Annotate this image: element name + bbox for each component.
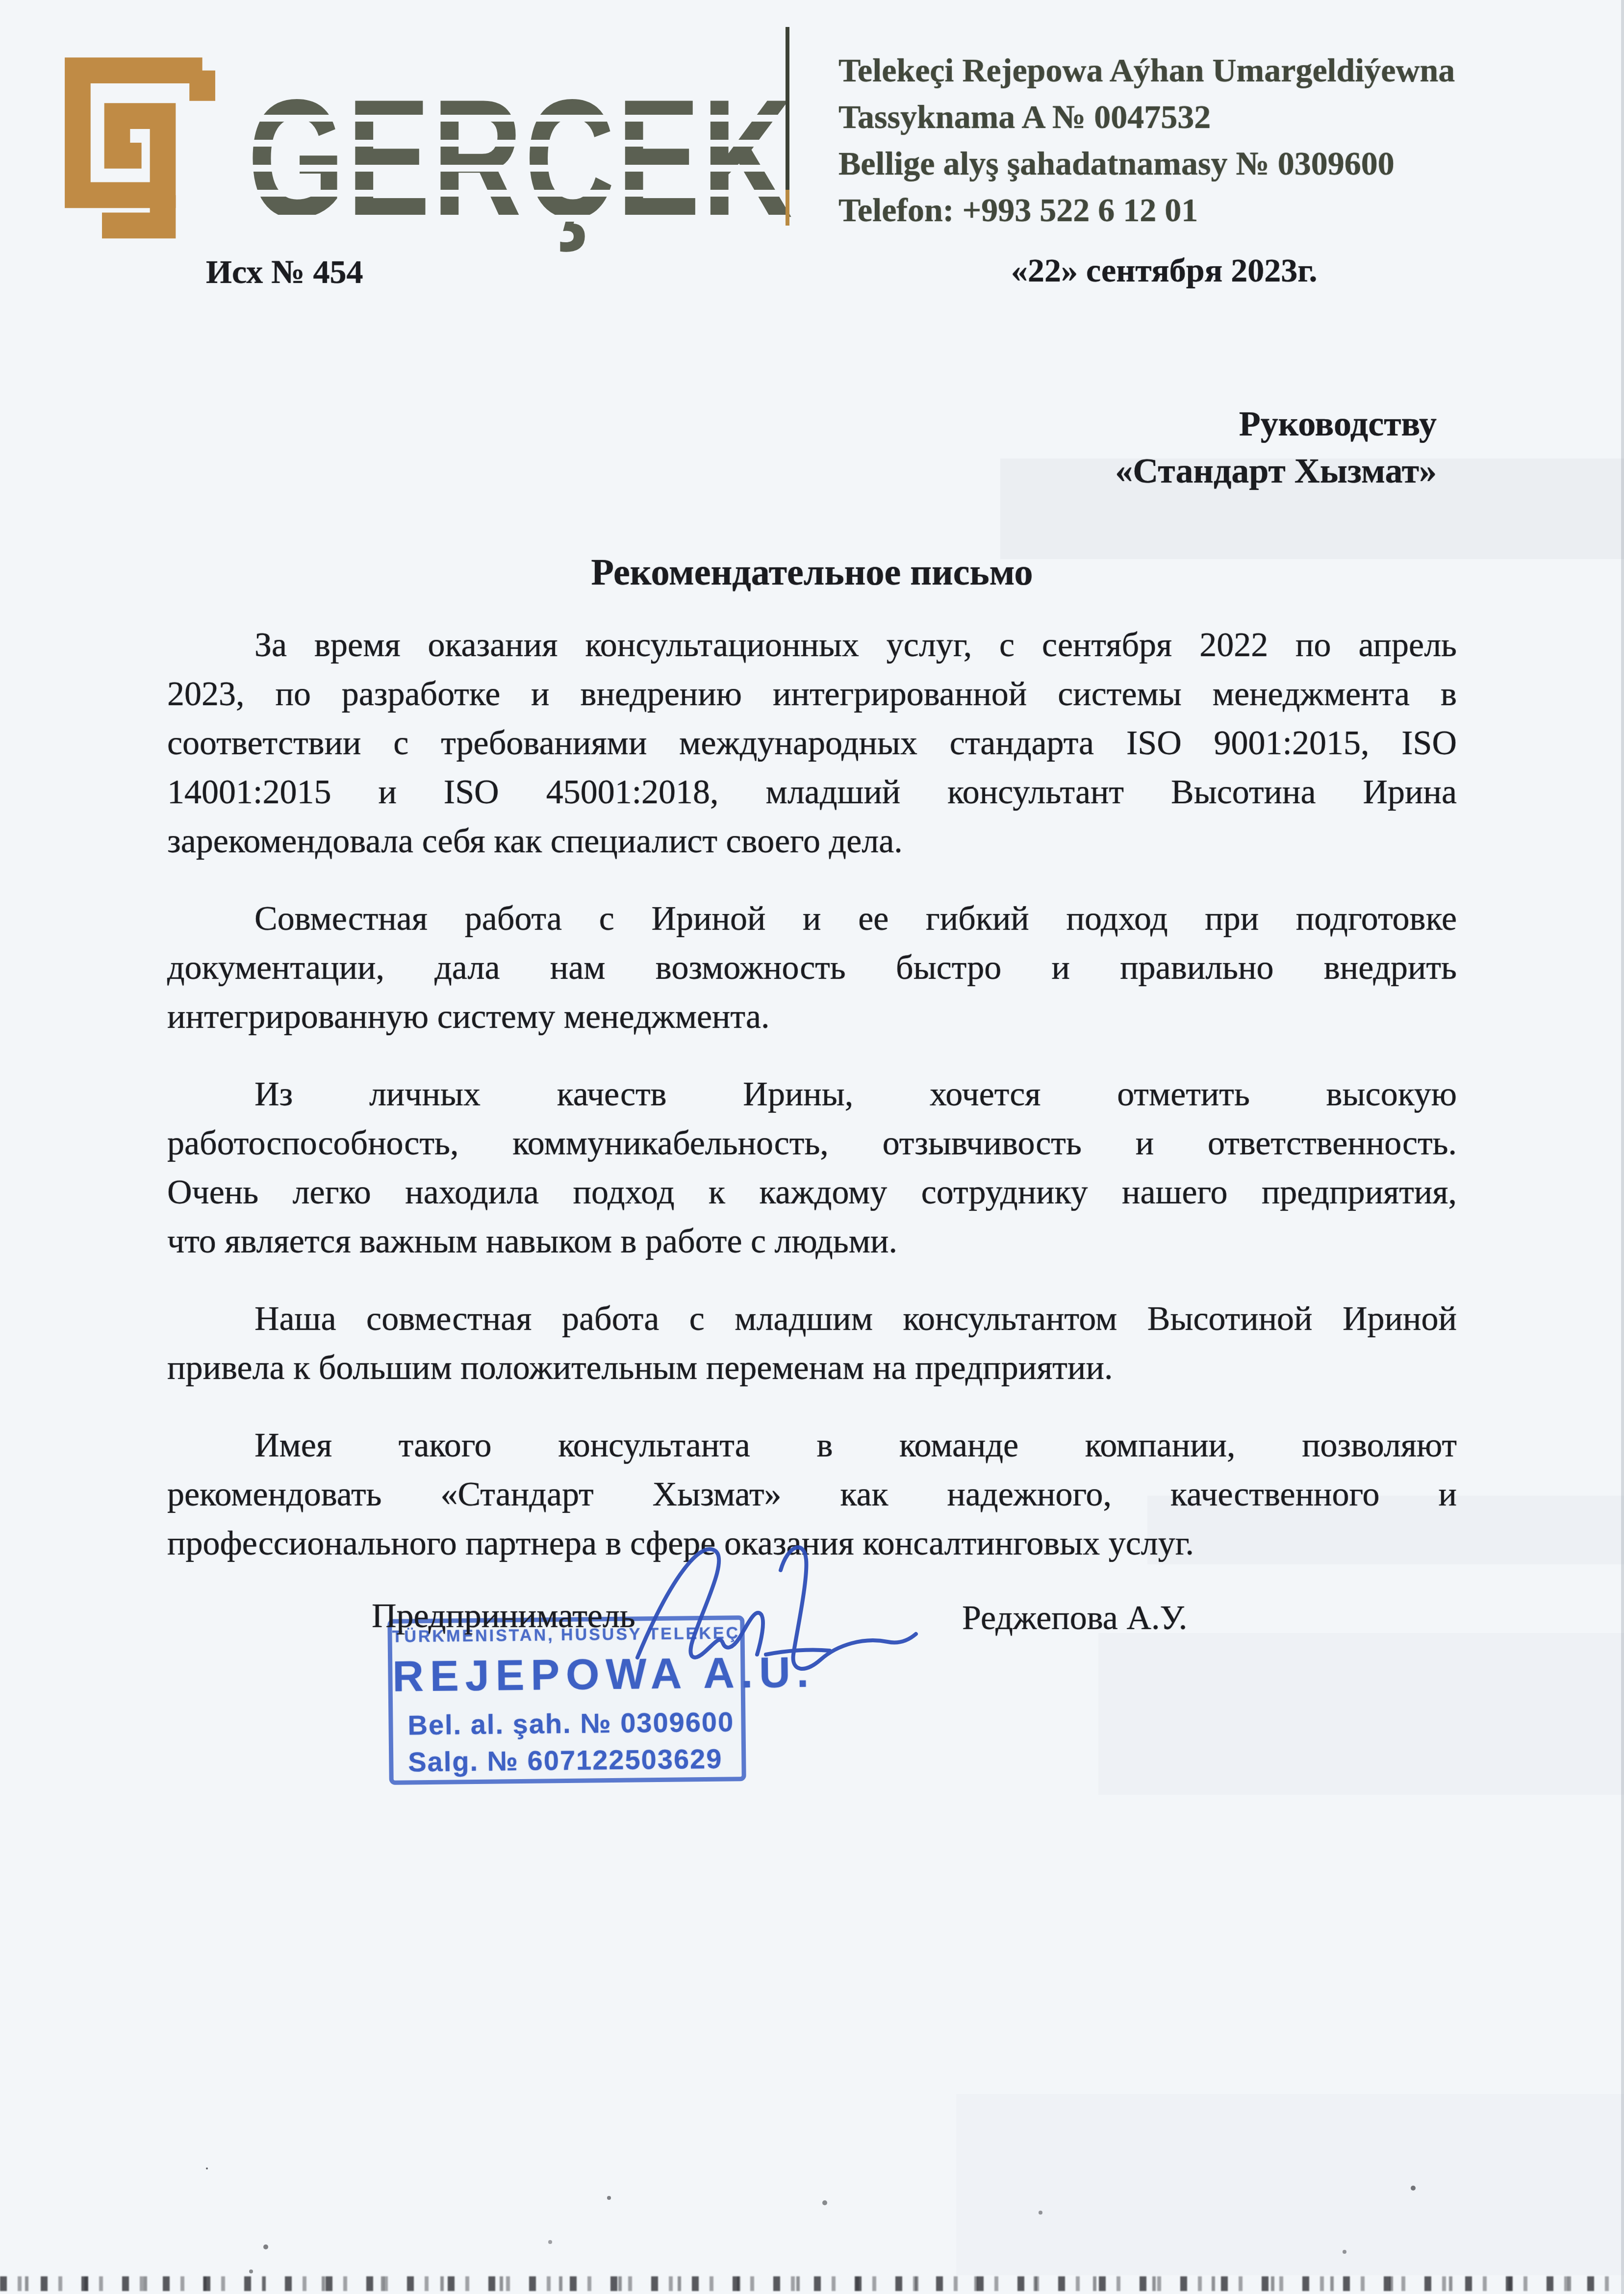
body-line: зарекомендовала себя как специалист свое… — [167, 817, 1457, 866]
body-line: работоспособность, коммуникабельность, о… — [167, 1119, 1457, 1168]
scanned-letter-page: { "colors": { "paper": "#f3f6f9", "brand… — [0, 0, 1624, 2294]
stamp-registration-number: Bel. al. şah. № 0309600 — [393, 1706, 741, 1741]
body-line: интегрированную систему менеджмента. — [167, 993, 1457, 1042]
handwritten-signature-icon — [619, 1531, 947, 1698]
paragraph-4: Наша совместная работа с младшим консуль… — [167, 1295, 1457, 1393]
scan-shading-artifact — [1098, 1633, 1624, 1795]
body-line: 14001:2015 и ISO 45001:2018, младший кон… — [167, 768, 1457, 817]
letterhead-info: Telekeçi Rejepowa Aýhan Umargeldiýewna T… — [838, 47, 1455, 233]
scan-noise-strip — [0, 2276, 1624, 2291]
letterhead-line-phone: Telefon: +993 522 6 12 01 — [838, 187, 1455, 233]
body-line: соответствии с требованиями международны… — [167, 719, 1457, 768]
body-line: Наша совместная работа с младшим консуль… — [167, 1295, 1457, 1344]
body-line: Имея такого консультанта в команде компа… — [167, 1421, 1457, 1470]
outgoing-ref-number: Исх № 454 — [206, 253, 363, 291]
body-line: что является важным навыком в работе с л… — [167, 1217, 1457, 1266]
gercek-logo-wordmark: GERÇEK — [248, 75, 794, 243]
letterhead-line-registration: Bellige alyş şahadatnamasy № 0309600 — [838, 140, 1455, 187]
letter-body: За время оказания консультационных услуг… — [167, 621, 1457, 1568]
signer-name: Реджепова А.У. — [962, 1599, 1187, 1638]
body-line: привела к большим положительным перемена… — [167, 1344, 1457, 1393]
letterhead-divider-line — [786, 27, 789, 226]
body-line: Очень легко находила подход к каждому со… — [167, 1168, 1457, 1217]
scan-edge-shadow — [1621, 0, 1624, 2294]
letterhead-line-certificate: Tassyknama A № 0047532 — [838, 94, 1455, 140]
addressee-line2: «Стандарт Хызмат» — [1115, 447, 1437, 494]
body-line: Совместная работа с Ириной и ее гибкий п… — [167, 894, 1457, 943]
signer-role-label: Предприниматель — [372, 1597, 635, 1636]
gercek-logo-icon — [56, 55, 239, 247]
body-line: рекомендовать «Стандарт Хызмат» как наде… — [167, 1470, 1457, 1519]
letter-date: «22» сентября 2023г. — [1011, 251, 1317, 290]
body-line: За время оказания консультационных услуг… — [167, 621, 1457, 670]
scan-speckles — [206, 2167, 208, 2169]
letterhead-line-owner: Telekeçi Rejepowa Aýhan Umargeldiýewna — [838, 47, 1455, 94]
addressee-line1: Руководству — [1115, 400, 1437, 447]
stamp-tax-number: Salg. № 607122503629 — [393, 1742, 742, 1778]
body-line: 2023, по разработке и внедрению интегрир… — [167, 670, 1457, 719]
paragraph-1: За время оказания консультационных услуг… — [167, 621, 1457, 866]
body-line: Из личных качеств Ирины, хочется отметит… — [167, 1070, 1457, 1119]
letter-title: Рекомендательное письмо — [167, 551, 1457, 594]
body-line: документации, дала нам возможность быстр… — [167, 943, 1457, 993]
paragraph-3: Из личных качеств Ирины, хочется отметит… — [167, 1070, 1457, 1266]
paragraph-2: Совместная работа с Ириной и ее гибкий п… — [167, 894, 1457, 1042]
addressee-block: Руководству «Стандарт Хызмат» — [1115, 400, 1437, 494]
scan-shading-artifact — [956, 2094, 1624, 2275]
